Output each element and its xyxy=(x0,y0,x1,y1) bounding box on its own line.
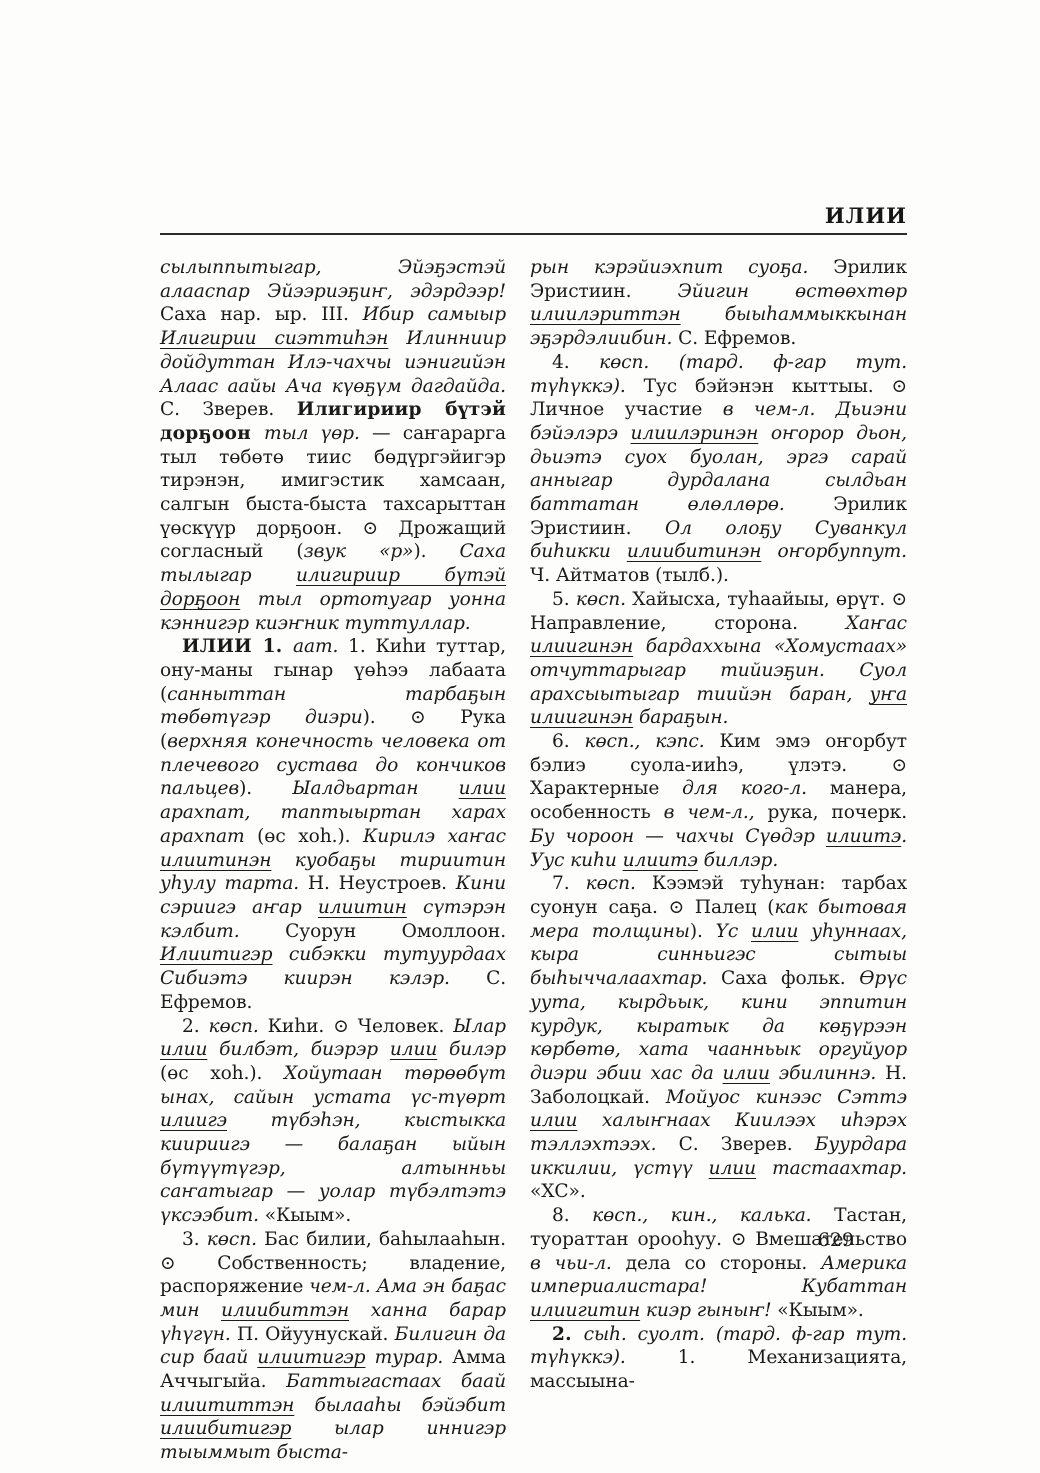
text-segment: Ылар xyxy=(453,1016,506,1037)
text-segment: илиибиттэн xyxy=(221,1300,349,1321)
dictionary-paragraph: ИЛИИ 1. аат. 1. Киһи туттар, ону-маны гы… xyxy=(160,635,506,1014)
text-segment: 2. xyxy=(552,1324,584,1345)
text-segment: илиигитин xyxy=(530,1300,640,1321)
header-rule xyxy=(160,233,907,235)
text-segment: 8. xyxy=(552,1205,592,1226)
text-segment: тастаахтар. xyxy=(756,1158,907,1179)
text-segment: эбилиннэ. xyxy=(770,1063,885,1084)
text-segment: көсп., кэпс. xyxy=(584,731,719,752)
text-segment: илии xyxy=(530,1110,577,1131)
text-segment: рын кэрэйиэхпит суоҕа. xyxy=(530,257,833,278)
text-segment: «ХС». xyxy=(530,1181,586,1202)
text-segment: аат. xyxy=(293,636,348,657)
text-segment: в чем-л., xyxy=(664,802,768,823)
text-segment: илиитэ xyxy=(826,826,901,847)
text-segment: для кого-л. xyxy=(682,778,830,799)
text-segment: Саха фольк. xyxy=(721,968,859,989)
text-segment: көсп., кин., калька. xyxy=(592,1205,834,1226)
text-segment: тыл үөр. xyxy=(264,423,372,444)
text-segment: илиитин xyxy=(318,897,407,918)
text-segment: илии xyxy=(751,921,798,942)
page-number: 629 xyxy=(654,1229,854,1251)
text-segment: Баттыгастаах баай xyxy=(286,1371,506,1392)
text-segment: дела со стороны. xyxy=(626,1253,821,1274)
text-segment: Үс xyxy=(716,921,751,942)
dictionary-paragraph: 7. көсп. Кээмэй туһунан: тарбах суонун с… xyxy=(530,872,907,1204)
text-segment: илиибитинэн xyxy=(627,541,762,562)
text-segment: илии xyxy=(459,778,506,799)
text-segment: в чьи-л. xyxy=(530,1253,626,1274)
text-segment: билэр xyxy=(437,1039,506,1060)
dictionary-paragraph: 5. көсп. Хайысха, туһаайыы, өрүт. ⊙ Напр… xyxy=(530,588,907,730)
text-segment: илиититтэн xyxy=(160,1395,294,1416)
text-segment: ). xyxy=(690,921,716,942)
text-segment: көсп. xyxy=(576,589,632,610)
text-segment: Киһи. ⊙ Человек. xyxy=(268,1016,454,1037)
text-segment: көсп. xyxy=(209,1016,268,1037)
text-segment: 6. xyxy=(552,731,584,752)
text-segment: Н. Неустроев. xyxy=(308,873,456,894)
text-segment: С. Зверев. xyxy=(679,1134,815,1155)
text-segment: С. Зверев. xyxy=(160,399,297,420)
text-segment: билбэт, биэрэр xyxy=(207,1039,389,1060)
text-segment: (өс хоһ.). xyxy=(160,1063,284,1084)
text-segment: илиибитигэр xyxy=(160,1418,291,1439)
text-segment: ). xyxy=(239,778,292,799)
text-segment: биллэр. xyxy=(698,850,778,871)
text-segment: көсп. xyxy=(207,1229,264,1250)
text-segment: ). xyxy=(413,541,459,562)
text-segment: илии xyxy=(390,1039,437,1060)
text-segment: (өс хоһ.). xyxy=(257,826,363,847)
text-segment: Илиитигэр xyxy=(160,944,272,965)
text-segment: 2. xyxy=(182,1016,209,1037)
dictionary-paragraph: 2. сыһ. суолт. (тард. ф-гар тут. түһүккэ… xyxy=(530,1323,907,1394)
text-segment: илиитигэр xyxy=(257,1347,365,1368)
text-segment: илиигинэн xyxy=(530,707,633,728)
text-segment: Саха нар. ыр. III. xyxy=(160,304,363,325)
text-segment: ИЛИИ 1. xyxy=(182,636,293,657)
dictionary-paragraph: рын кэрэйиэхпит суоҕа. Эрилик Эристиин. … xyxy=(530,256,907,351)
text-segment: илии xyxy=(160,1039,207,1060)
text-segment: 5. xyxy=(552,589,576,610)
text-segment: 4. xyxy=(552,352,599,373)
text-segment: Хаҥас xyxy=(846,613,907,634)
text-segment: Суорун Омоллоон. xyxy=(285,921,506,942)
dictionary-paragraph: 8. көсп., кин., калька. Тастан, туоратта… xyxy=(530,1204,907,1323)
text-segment: Ч. Айтматов (тылб.). xyxy=(530,565,729,586)
left-column: сылыппытыгар, Эйэҕэстэй алааспар Эйээриэ… xyxy=(160,256,506,1465)
text-segment: уҥа xyxy=(869,684,907,705)
text-segment: Мойуос кинээс Сэттэ xyxy=(666,1087,907,1108)
text-segment: илии xyxy=(723,1063,770,1084)
dictionary-paragraph: 3. көсп. Бас билии, баһылааһын. ⊙ Собств… xyxy=(160,1228,506,1465)
text-segment: рука, почерк. xyxy=(768,802,908,823)
text-segment: илиитинэн xyxy=(160,850,271,871)
text-segment: П. Ойуунускай. xyxy=(237,1324,395,1345)
dictionary-paragraph: 6. көсп., кэпс. Ким эмэ оҥорбут бэлиэ су… xyxy=(530,730,907,872)
text-segment: Илигирии сиэттиһэн xyxy=(160,328,388,349)
right-column: рын кэрэйиэхпит суоҕа. Эрилик Эристиин. … xyxy=(530,256,907,1394)
text-segment: Ыалдьартан xyxy=(292,778,458,799)
text-segment: С. Ефремов. xyxy=(678,328,796,349)
text-segment: Ибир самыыр xyxy=(363,304,506,325)
text-segment: илиилэринэн xyxy=(631,423,759,444)
text-segment: илиилэриттэн xyxy=(530,304,681,325)
dictionary-paragraph: 4. көсп. (тард. ф-гар тут. түһүккэ). Тус… xyxy=(530,351,907,588)
text-segment: звук «р» xyxy=(304,541,414,562)
text-segment: киэр гыныҥ! xyxy=(640,1300,777,1321)
dictionary-page: ИЛИИ сылыппытыгар, Эйэҕэстэй алааспар Эй… xyxy=(0,0,1040,1473)
text-segment: «Кыым». xyxy=(265,1205,351,1226)
text-segment: илиигинэн xyxy=(530,636,633,657)
dictionary-paragraph: сылыппытыгар, Эйэҕэстэй алааспар Эйээриэ… xyxy=(160,256,506,635)
text-segment: көсп. xyxy=(586,873,652,894)
text-segment: 3. xyxy=(182,1229,207,1250)
text-segment: былааһы бэйэбит xyxy=(294,1395,506,1416)
text-segment: оҥорбуппут. xyxy=(761,541,907,562)
running-head: ИЛИИ xyxy=(160,203,907,228)
text-segment: Кирилэ хаҥас xyxy=(363,826,506,847)
dictionary-paragraph: 2. көсп. Киһи. ⊙ Человек. Ылар илии билб… xyxy=(160,1015,506,1228)
text-segment: илиигэ xyxy=(160,1110,227,1131)
text-segment: «Кыым». xyxy=(777,1300,863,1321)
text-segment: бараҕын. xyxy=(633,707,728,728)
text-segment: турар. xyxy=(365,1347,452,1368)
text-segment: илиитэ xyxy=(623,850,698,871)
text-segment: 7. xyxy=(552,873,586,894)
text-segment: илии xyxy=(709,1158,756,1179)
text-segment: Бу чороон — чахчы Сүөдэр xyxy=(530,826,826,847)
text-segment: сылыппытыгар, Эйэҕэстэй алааспар Эйээриэ… xyxy=(160,257,506,302)
text-segment: Эйигин өстөөхтөр xyxy=(678,281,907,302)
